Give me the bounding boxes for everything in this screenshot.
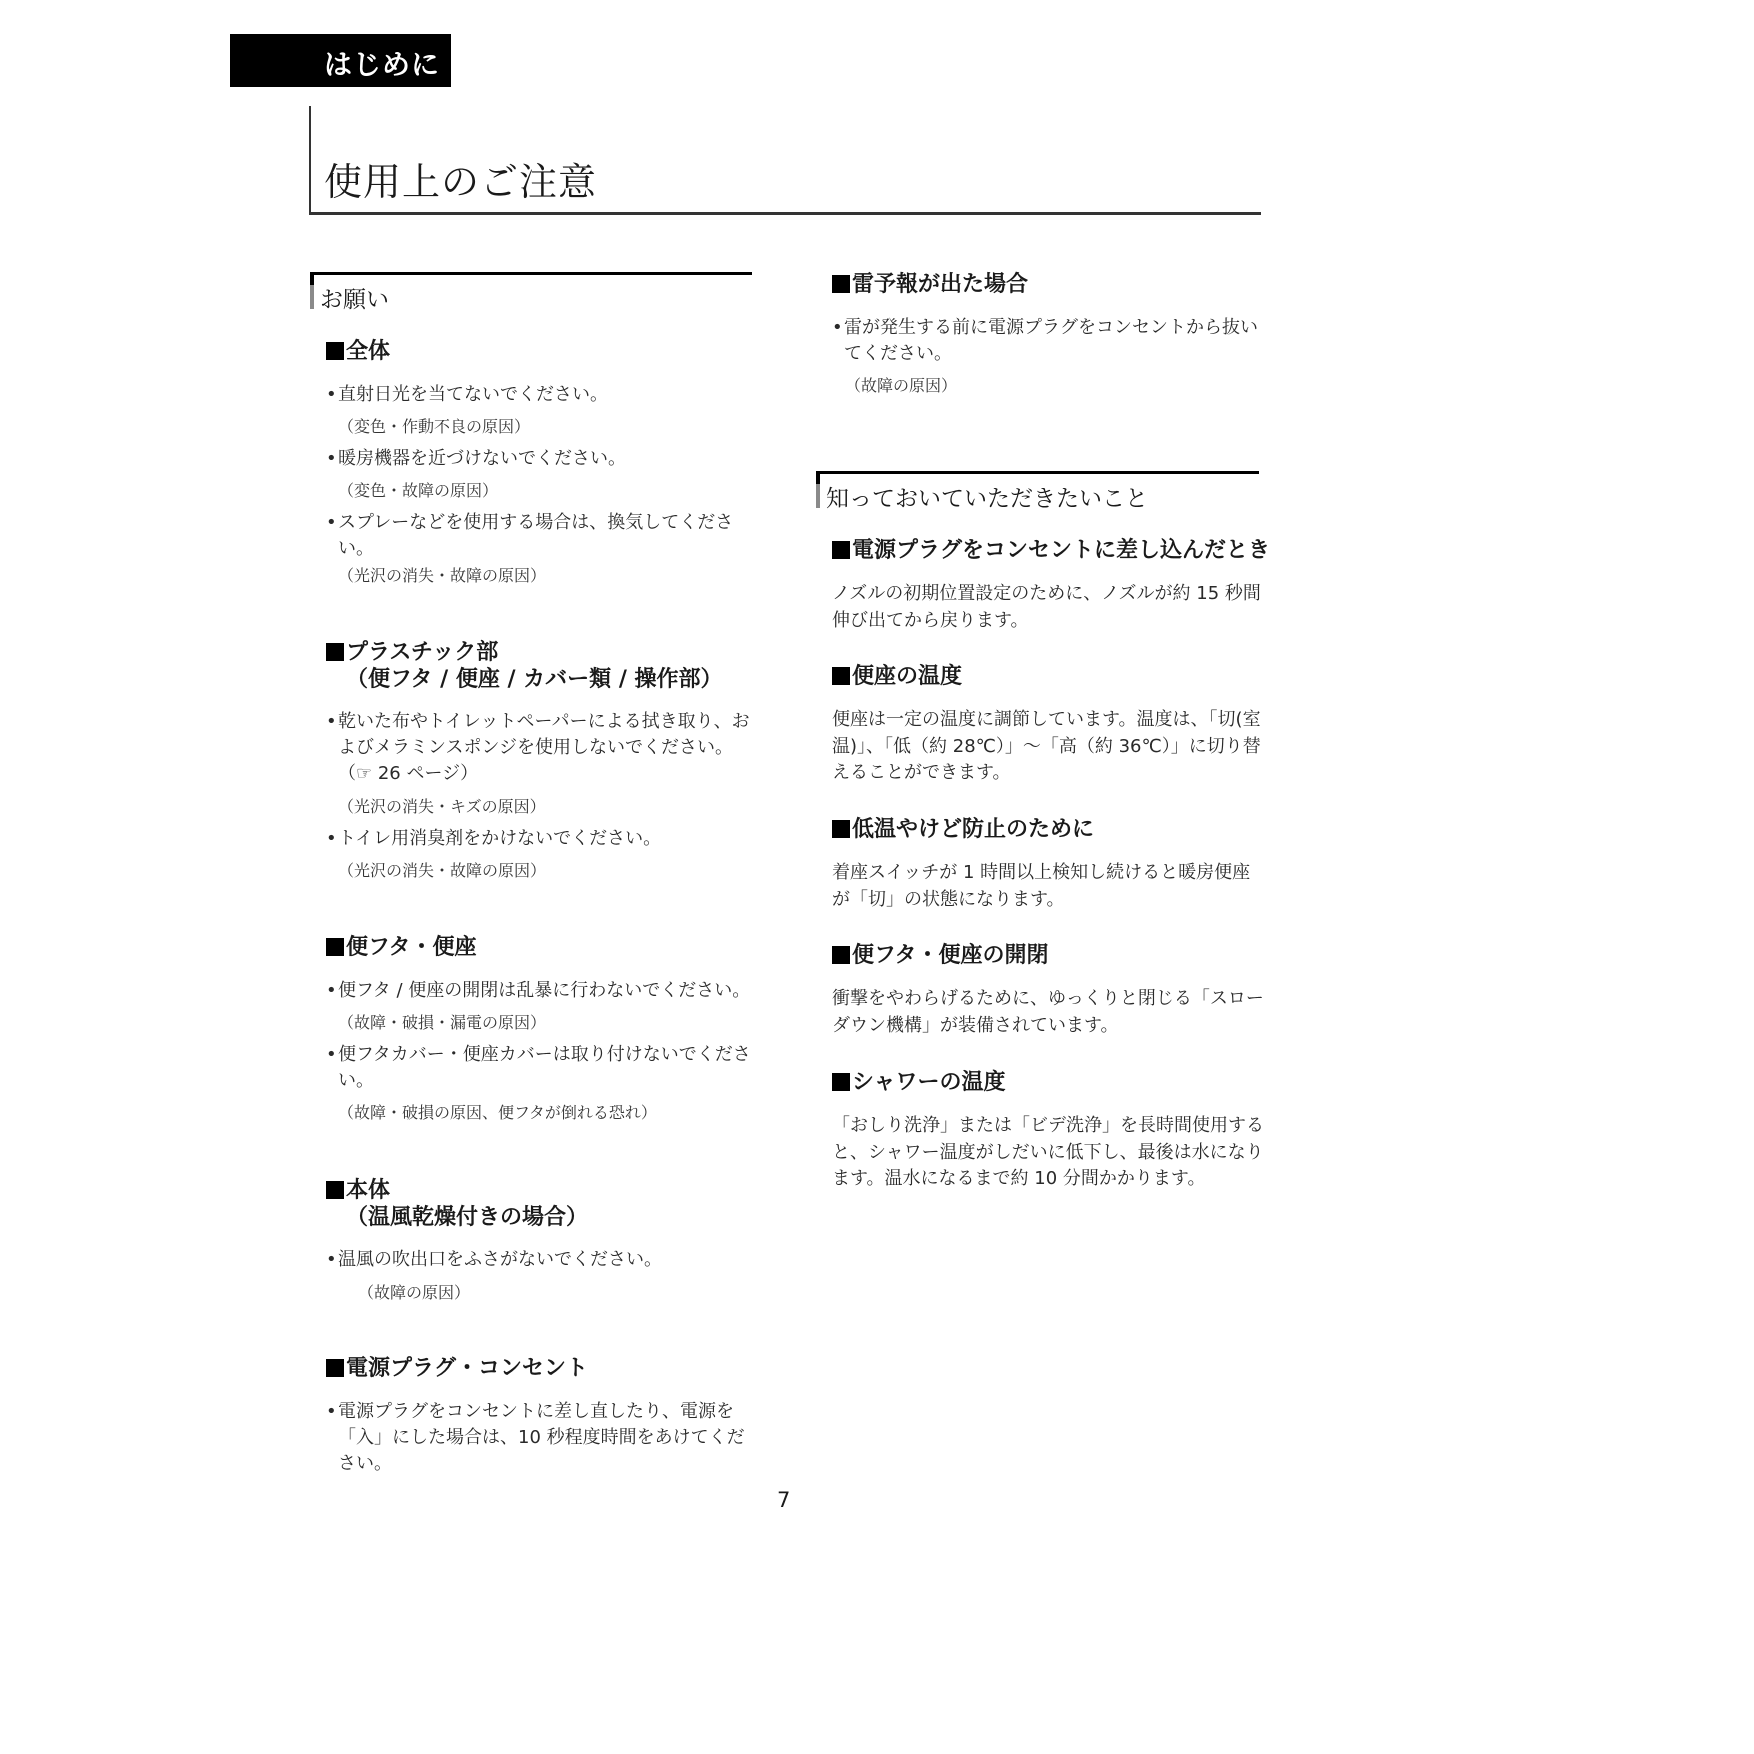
- subheading-sublabel: （便フタ / 便座 / カバー類 / 操作部）: [326, 666, 723, 693]
- chapter-tab: はじめに: [230, 34, 451, 87]
- item-note: （光沢の消失・故障の原因）: [338, 563, 546, 586]
- section-shitte: 知っておいていただきたいこと: [816, 471, 1259, 508]
- info-paragraph: 衝撃をやわらげるために、ゆっくりと閉じる「スローダウン機構」が装備されています。: [832, 986, 1264, 1039]
- list-item: •スプレーなどを使用する場合は、換気してください。: [326, 510, 756, 562]
- list-item: •トイレ用消臭剤をかけないでください。: [326, 826, 756, 852]
- item-note: （変色・故障の原因）: [338, 478, 498, 501]
- item-text: 便フタ / 便座の開閉は乱暴に行わないでください。: [326, 978, 756, 1004]
- section-heading-label: お願い: [320, 281, 389, 314]
- section-heading: お願い: [310, 272, 752, 309]
- square-bullet-icon: [326, 342, 344, 360]
- info-paragraph: 「おしり洗浄」または「ビデ洗浄」を長時間使用すると、シャワー温度がしだいに低下し…: [832, 1113, 1264, 1193]
- subheading-thunder: 雷予報が出た場合: [832, 271, 1028, 298]
- subheading-body: 本体 （温風乾燥付きの場合）: [326, 1177, 588, 1231]
- subheading-sublabel: （温風乾燥付きの場合）: [326, 1204, 588, 1231]
- subheading-plastic: プラスチック部 （便フタ / 便座 / カバー類 / 操作部）: [326, 639, 723, 693]
- subheading-label: 本体: [346, 1178, 390, 1203]
- page-number: 7: [777, 1488, 790, 1512]
- square-bullet-icon: [832, 1073, 850, 1091]
- info-paragraph: ノズルの初期位置設定のために、ノズルが約 15 秒間伸び出てから戻ります。: [832, 581, 1264, 634]
- subheading-label: シャワーの温度: [852, 1070, 1006, 1095]
- info-paragraph: 着座スイッチが 1 時間以上検知し続けると暖房便座が「切」の状態になります。: [832, 860, 1264, 913]
- list-item: •温風の吹出口をふさがないでください。: [326, 1247, 756, 1273]
- chapter-label: はじめに: [324, 43, 440, 83]
- item-text: 電源プラグをコンセントに差し直したり、電源を「入」にした場合は、10 秒程度時間…: [326, 1399, 756, 1477]
- page-title-frame: 使用上のご注意: [309, 106, 1261, 215]
- bullet-dot-icon: •: [326, 382, 337, 408]
- list-item: •便フタカバー・便座カバーは取り付けないでください。: [326, 1042, 756, 1094]
- bullet-dot-icon: •: [832, 315, 843, 341]
- square-bullet-icon: [326, 938, 344, 956]
- list-item: •電源プラグをコンセントに差し直したり、電源を「入」にした場合は、10 秒程度時…: [326, 1399, 756, 1477]
- subheading-plug-in: 電源プラグをコンセントに差し込んだとき: [832, 537, 1270, 564]
- page-reference-link[interactable]: （☞ 26 ページ）: [326, 761, 756, 787]
- square-bullet-icon: [832, 946, 850, 964]
- square-bullet-icon: [326, 1359, 344, 1377]
- subheading-label: 雷予報が出た場合: [852, 272, 1028, 297]
- square-bullet-icon: [832, 541, 850, 559]
- item-note: （光沢の消失・故障の原因）: [338, 858, 546, 881]
- item-note: （変色・作動不良の原因）: [338, 414, 530, 437]
- subheading-label: 低温やけど防止のために: [852, 817, 1094, 842]
- bullet-dot-icon: •: [326, 1247, 337, 1273]
- list-item: •便フタ / 便座の開閉は乱暴に行わないでください。: [326, 978, 756, 1004]
- square-bullet-icon: [832, 667, 850, 685]
- subheading-label: 電源プラグをコンセントに差し込んだとき: [852, 538, 1270, 563]
- list-item: •乾いた布やトイレットペーパーによる拭き取り、およびメラミンスポンジを使用しない…: [326, 709, 756, 787]
- item-text: 乾いた布やトイレットペーパーによる拭き取り、およびメラミンスポンジを使用しないで…: [326, 709, 756, 761]
- subheading-power-plug: 電源プラグ・コンセント: [326, 1355, 588, 1382]
- item-text: トイレ用消臭剤をかけないでください。: [326, 826, 756, 852]
- list-item: •雷が発生する前に電源プラグをコンセントから抜いてください。: [832, 315, 1264, 367]
- page-title: 使用上のご注意: [324, 151, 597, 206]
- item-text: 温風の吹出口をふさがないでください。: [326, 1247, 756, 1273]
- subheading-shower-temp: シャワーの温度: [832, 1069, 1006, 1096]
- subheading-lid-open-close: 便フタ・便座の開閉: [832, 942, 1048, 969]
- bullet-dot-icon: •: [326, 826, 337, 852]
- section-heading: 知っておいていただきたいこと: [816, 471, 1259, 508]
- subheading-label: 全体: [346, 339, 390, 364]
- subheading-lid-seat: 便フタ・便座: [326, 934, 476, 961]
- subheading-label: プラスチック部: [346, 640, 498, 665]
- subheading-burn-prevention: 低温やけど防止のために: [832, 816, 1094, 843]
- square-bullet-icon: [832, 275, 850, 293]
- subheading-zentai: 全体: [326, 338, 390, 365]
- list-item: •直射日光を当てないでください。: [326, 382, 756, 408]
- item-text: 雷が発生する前に電源プラグをコンセントから抜いてください。: [832, 315, 1264, 367]
- item-note: （故障・破損・漏電の原因）: [338, 1010, 546, 1033]
- item-note: （故障の原因）: [845, 373, 957, 396]
- square-bullet-icon: [832, 820, 850, 838]
- square-bullet-icon: [326, 643, 344, 661]
- item-text: スプレーなどを使用する場合は、換気してください。: [326, 510, 756, 562]
- section-onegai: お願い: [310, 272, 752, 309]
- item-text: 便フタカバー・便座カバーは取り付けないでください。: [326, 1042, 756, 1094]
- bullet-dot-icon: •: [326, 1042, 337, 1068]
- info-paragraph: 便座は一定の温度に調節しています。温度は、「切(室温)」、「低（約 28℃）」～…: [832, 707, 1264, 787]
- subheading-label: 電源プラグ・コンセント: [346, 1356, 588, 1381]
- bullet-dot-icon: •: [326, 709, 337, 735]
- square-bullet-icon: [326, 1181, 344, 1199]
- bullet-dot-icon: •: [326, 978, 337, 1004]
- item-note: （故障の原因）: [358, 1280, 470, 1303]
- section-heading-label: 知っておいていただきたいこと: [826, 480, 1148, 513]
- bullet-dot-icon: •: [326, 510, 337, 536]
- subheading-seat-temp: 便座の温度: [832, 663, 962, 690]
- subheading-label: 便フタ・便座: [346, 935, 476, 960]
- item-text: 暖房機器を近づけないでください。: [326, 446, 756, 472]
- bullet-dot-icon: •: [326, 1399, 337, 1425]
- bullet-dot-icon: •: [326, 446, 337, 472]
- list-item: •暖房機器を近づけないでください。: [326, 446, 756, 472]
- subheading-label: 便フタ・便座の開閉: [852, 943, 1048, 968]
- subheading-label: 便座の温度: [852, 664, 962, 689]
- item-text: 直射日光を当てないでください。: [326, 382, 756, 408]
- item-note: （故障・破損の原因、便フタが倒れる恐れ）: [338, 1100, 657, 1123]
- item-note: （光沢の消失・キズの原因）: [338, 794, 546, 817]
